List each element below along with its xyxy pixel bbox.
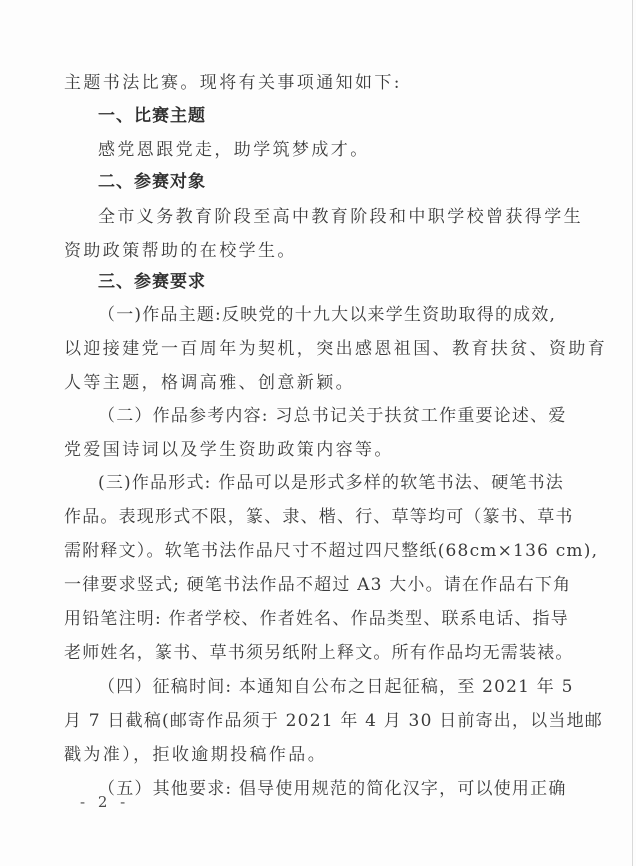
item2-line1: （二）作品参考内容: 习总书记关于扶贫工作重要论述、爱 <box>98 399 567 433</box>
intro-line: 主题书法比赛。现将有关事项通知如下: <box>64 66 402 100</box>
paragraph-theme: 感党恩跟党走，助学筑梦成才。 <box>98 133 370 167</box>
item3-line4: 一律要求竖式; 硬笔书法作品不超过 A3 大小。请在作品右下角 <box>64 568 571 602</box>
item4-line3: 戳为准），拒收逾期投稿作品。 <box>64 738 327 772</box>
item3-line6: 老师姓名，篆书、草书须另纸附上释文。所有作品均无需装裱。 <box>64 636 574 670</box>
item3-line2: 作品。表现形式不限，篆、隶、楷、行、草等均可（篆书、草书 <box>64 500 574 534</box>
item1-line2: 以迎接建党一百周年为契机，突出感恩祖国、教育扶贫、资助育 <box>64 332 607 366</box>
item4-line2: 月 7 日截稿(邮寄作品须于 2021 年 4 月 30 日前寄出，以当地邮 <box>64 704 603 738</box>
item3-line5: 用铅笔注明: 作者学校、作者姓名、作品类型、联系电话、指导 <box>64 602 569 636</box>
section-heading-requirements: 三、参赛要求 <box>98 265 206 299</box>
page-edge-divider <box>632 0 633 866</box>
item4-line1: （四）征稿时间: 本通知自公布之日起征稿，至 2021 年 5 <box>98 670 574 704</box>
page-number: - 2 - <box>80 793 129 811</box>
item3-line1: (三)作品形式: 作品可以是形式多样的软笔书法、硬笔书法 <box>98 466 564 500</box>
paragraph-participants-line1: 全市义务教育阶段至高中教育阶段和中职学校曾获得学生 <box>98 200 583 234</box>
item2-line2: 党爱国诗词以及学生资助政策内容等。 <box>64 433 394 467</box>
item5-line1: （五）其他要求: 倡导使用规范的简化汉字，可以使用正确 <box>98 772 567 806</box>
paragraph-participants-line2: 资助政策帮助的在校学生。 <box>64 234 297 268</box>
section-heading-participants: 二、参赛对象 <box>98 165 206 199</box>
item1-line1: （一)作品主题:反映党的十九大以来学生资助取得的成效, <box>98 298 556 332</box>
item3-line3: 需附释文）。软笔书法作品尺寸不超过四尺整纸(68cm×136 cm), <box>64 534 598 568</box>
item1-line3: 人等主题，格调高雅、创意新颖。 <box>64 366 355 400</box>
section-heading-theme: 一、比赛主题 <box>98 99 206 133</box>
